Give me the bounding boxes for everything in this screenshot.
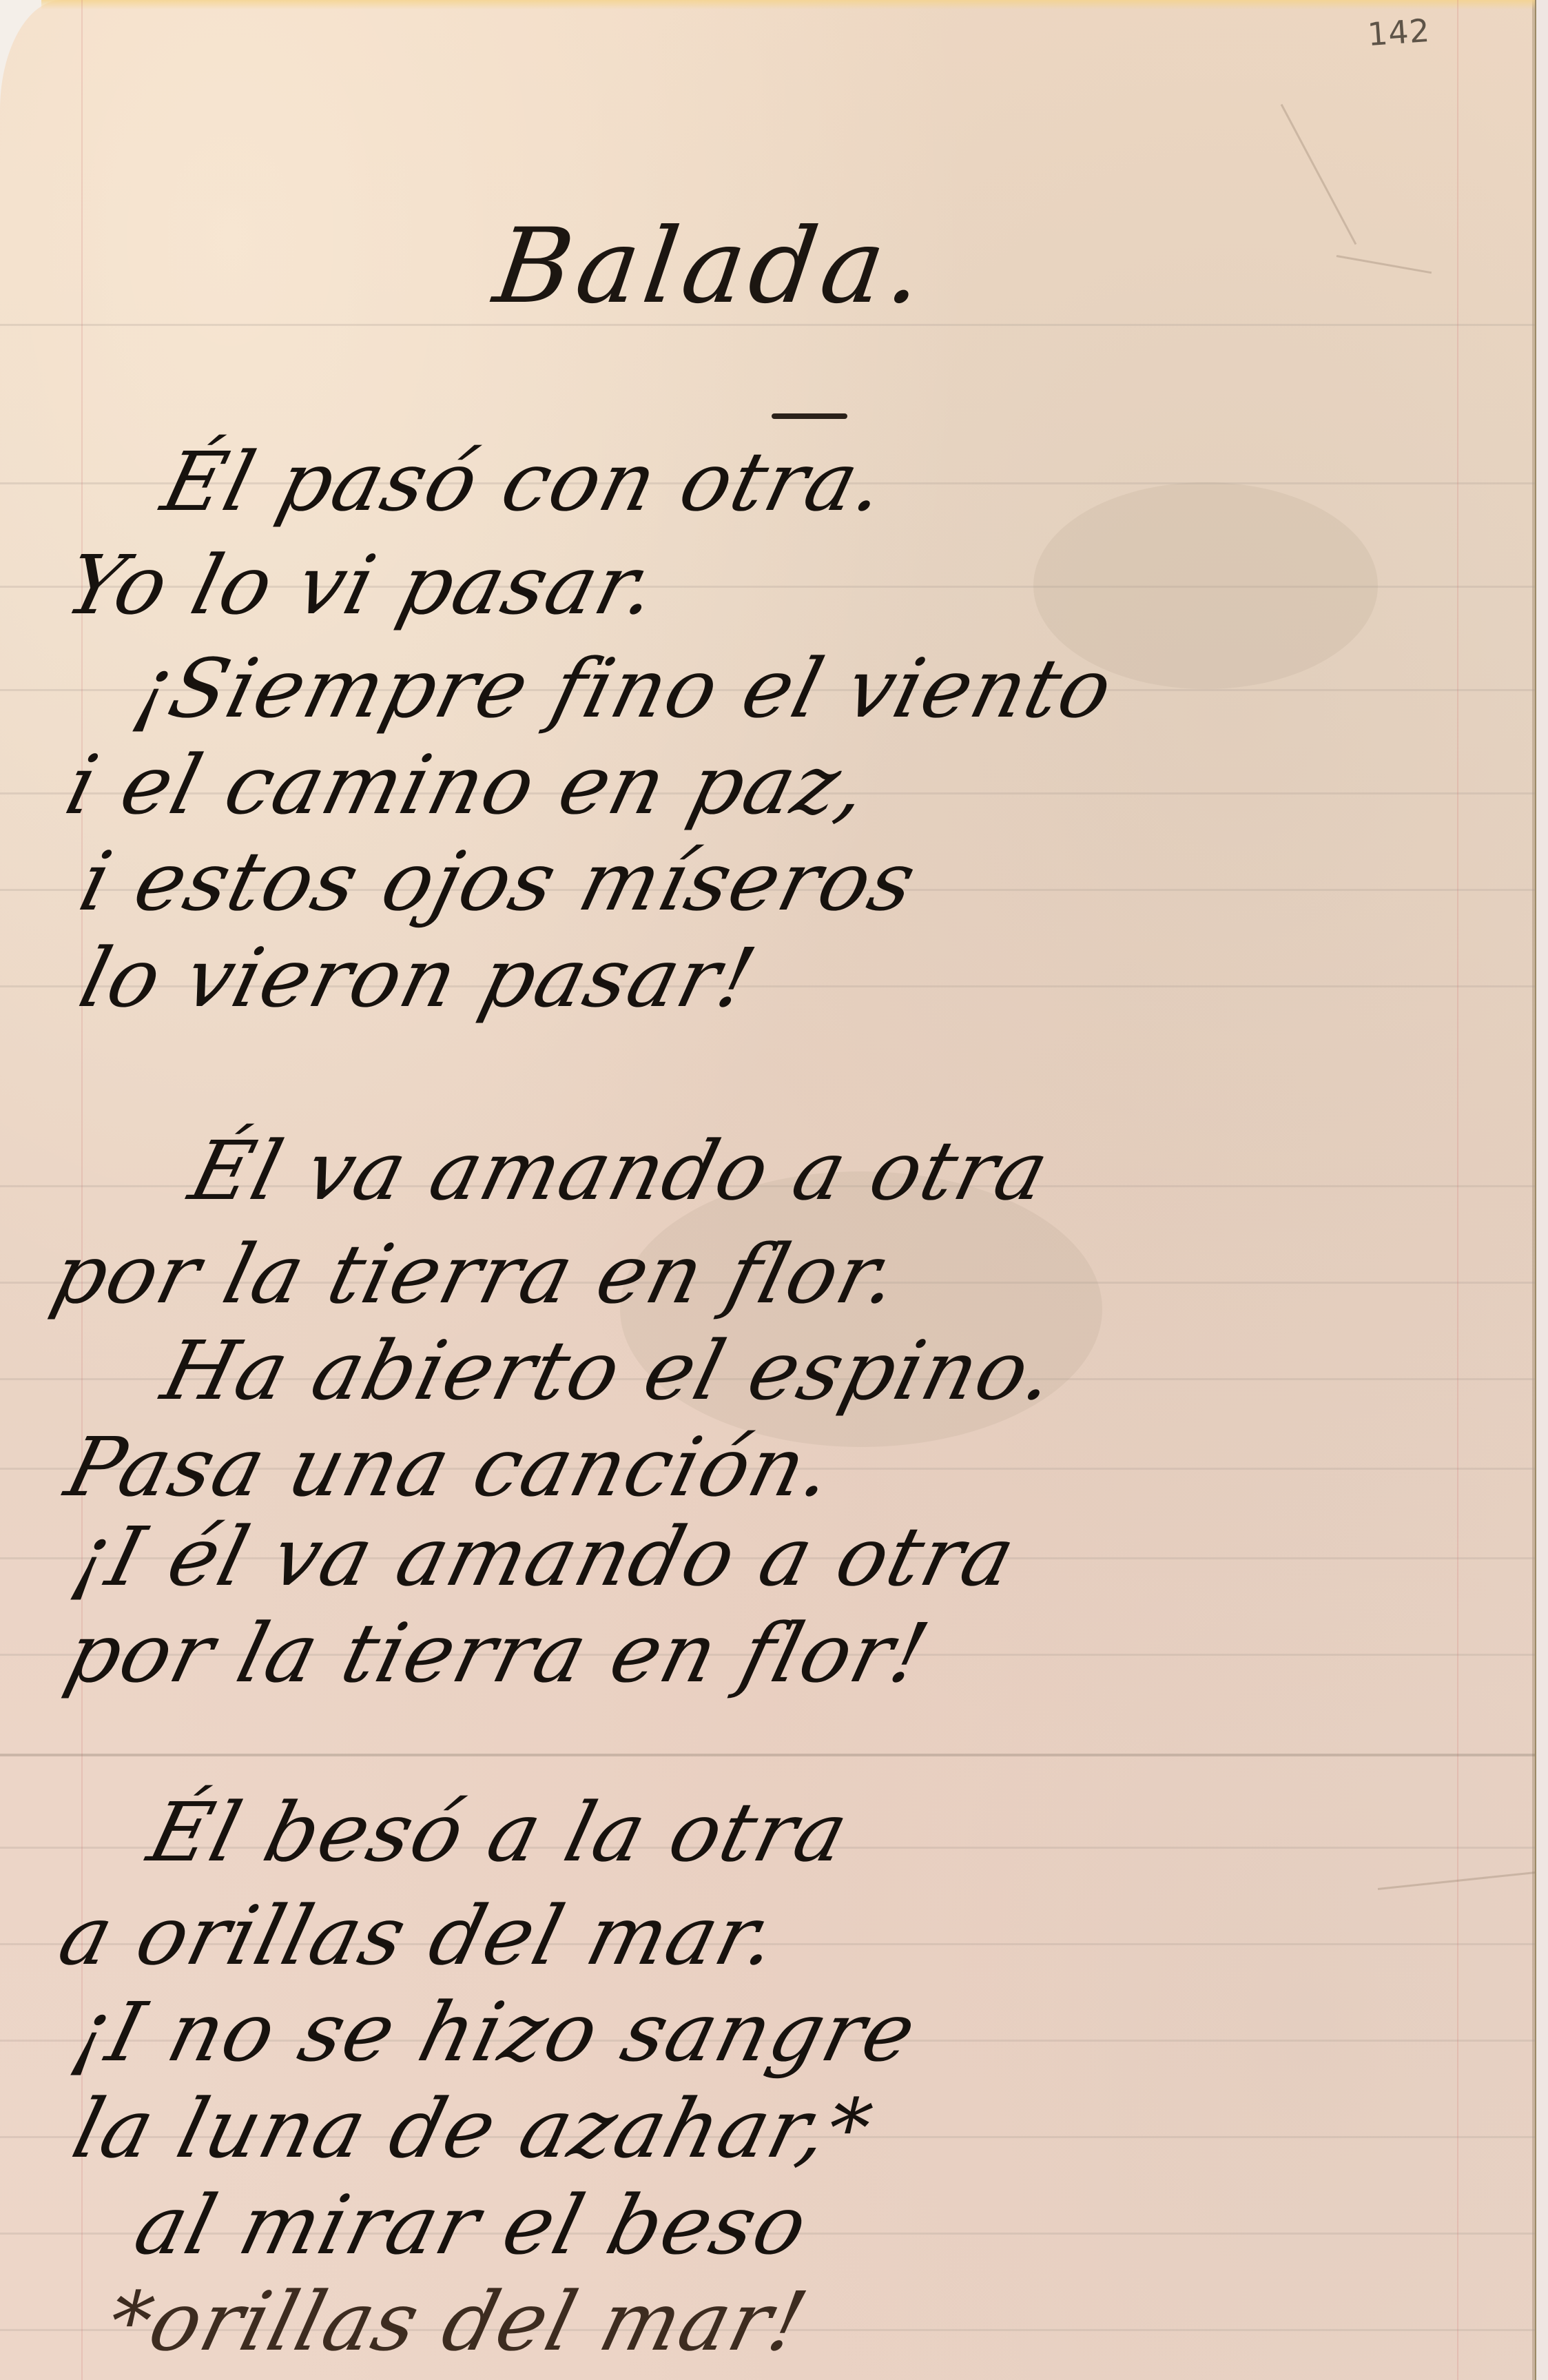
poem-line: ¡Siempre fino el viento	[127, 648, 1121, 729]
poem-line: la luna de azahar,*	[65, 2088, 880, 2169]
poem-line: al mirar el beso	[127, 2184, 816, 2266]
margin-line-right	[1457, 0, 1458, 2380]
manuscript-page: 142 Balada. Él pasó con otra. Yo lo vi p…	[0, 0, 1536, 2380]
poem-line: Él besó a la otra	[141, 1792, 856, 1873]
horizontal-fold	[0, 1754, 1536, 1756]
poem-line: lo vieron pasar!	[72, 937, 764, 1018]
poem-line: i estos ojos míseros	[72, 841, 924, 922]
poem-line: i el camino en paz,	[59, 744, 876, 825]
poem-line: Él pasó con otra.	[155, 441, 894, 522]
page-number: 142	[1366, 12, 1431, 53]
poem-line: *orillas del mar!	[100, 2281, 815, 2362]
poem-line: Él va amando a otra	[183, 1130, 1057, 1211]
poem-line: a orillas del mar.	[52, 1895, 786, 1976]
paper-top-edge	[41, 0, 1536, 10]
paper-crack	[1281, 104, 1357, 245]
scan-background-edge	[1535, 0, 1548, 2380]
poem-title: Balada.	[488, 207, 936, 327]
paper-crack	[1337, 255, 1432, 274]
poem-line: ¡I él va amando a otra	[65, 1516, 1023, 1597]
poem-line: por la tierra en flor.	[45, 1233, 907, 1315]
poem-line: Pasa una canción.	[59, 1426, 842, 1508]
poem-line: por la tierra en flor!	[59, 1612, 937, 1694]
poem-line: ¡I no se hizo sangre	[65, 1991, 925, 2073]
poem-line: Yo lo vi pasar.	[59, 544, 666, 626]
title-rule	[772, 413, 847, 419]
poem-line: Ha abierto el espino.	[155, 1330, 1064, 1411]
